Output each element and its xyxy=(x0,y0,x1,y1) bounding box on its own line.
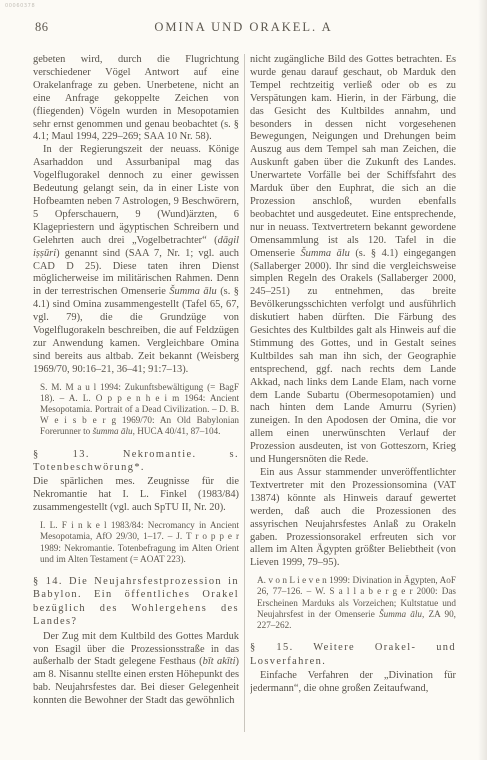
paragraph: gebeten wird, durch die Flugrichtung ver… xyxy=(33,54,239,144)
bibliography-block: S. M. M a u l 1994: Zukunftsbewältigung … xyxy=(40,382,239,438)
scanned-book-page: 00060378 86 OMINA UND ORAKEL. A gebeten … xyxy=(0,0,487,760)
paragraph: Die spärlichen mes. Zeugnisse für die Ne… xyxy=(33,476,239,515)
left-column: gebeten wird, durch die Flugrichtung ver… xyxy=(33,54,239,732)
column-divider xyxy=(244,54,245,732)
right-column: nicht zugängliche Bild des Gottes betrac… xyxy=(250,54,456,732)
bibliography-block: A. v o n L i e v e n 1999: Divination in… xyxy=(257,575,456,631)
section-heading-14: § 14. Die Neujahrsfestprozession in Baby… xyxy=(33,575,239,629)
bibliography-block: I. L. F i n k e l 1983/84: Necromancy in… xyxy=(40,520,239,565)
paragraph: Der Zug mit dem Kultbild des Gottes Mard… xyxy=(33,631,239,708)
paragraph: Einfache Verfahren der „Divination für j… xyxy=(250,670,456,696)
section-heading-15: § 15. Weitere Orakel- und Losverfahren. xyxy=(250,641,456,668)
running-head: OMINA UND ORAKEL. A xyxy=(0,20,487,35)
section-heading-13: § 13. Nekromantie. s. Totenbeschwörung*. xyxy=(33,448,239,475)
scan-stamp: 00060378 xyxy=(5,3,35,9)
paragraph: nicht zugängliche Bild des Gottes betrac… xyxy=(250,54,456,467)
paragraph: Ein aus Assur stammender unveröffentlich… xyxy=(250,467,456,570)
paragraph: In der Regierungszeit der neuass. Könige… xyxy=(33,144,239,376)
text-columns: gebeten wird, durch die Flugrichtung ver… xyxy=(33,54,456,732)
